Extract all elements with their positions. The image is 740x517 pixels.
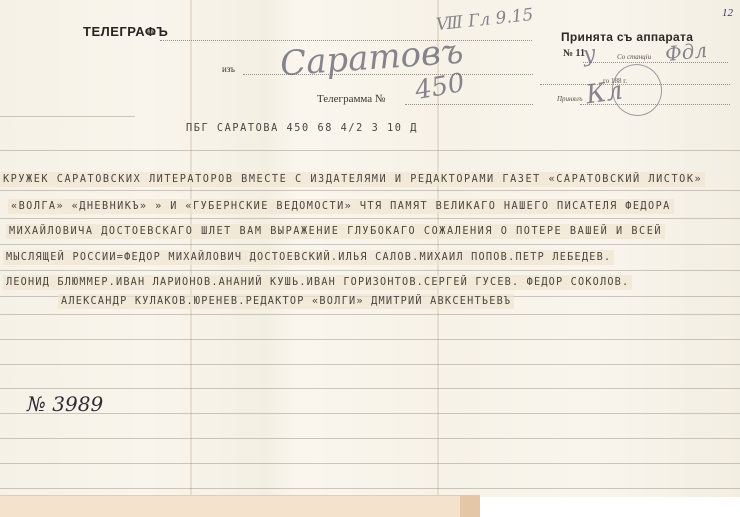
rule-line xyxy=(0,116,135,117)
handwritten-accepted-number: у xyxy=(581,41,597,68)
rule-line xyxy=(0,244,740,245)
rule-line xyxy=(0,150,740,151)
page-number: 12 xyxy=(722,7,733,19)
underlying-paper-edge xyxy=(460,495,480,517)
received-by-label: Принялъ xyxy=(557,95,582,103)
from-label: изъ xyxy=(222,64,235,74)
rule-line xyxy=(0,488,740,489)
rule-line xyxy=(0,364,740,365)
handwritten-station: Фдл xyxy=(664,38,708,66)
telegram-line-5: ЛЕОНИД БЛЮММЕР.ИВАН ЛАРИОНОВ.АНАНИЙ КУШЬ… xyxy=(3,275,632,290)
telegram-line-1: КРУЖЕК САРАТОВСКИХ ЛИТЕРАТОРОВ ВМЕСТЕ С … xyxy=(0,172,705,187)
archive-number: № 3989 xyxy=(27,392,103,416)
rule-line xyxy=(0,218,740,219)
underlying-paper xyxy=(0,495,480,517)
rule-line xyxy=(0,438,740,439)
telegram-sheet: ТЕЛЕГРАФЪ въ изъ Телеграмма № Принята съ… xyxy=(0,0,740,497)
telegram-header-line: ПБГ САРАТОВА 450 68 4/2 3 10 Д xyxy=(183,121,421,136)
telegram-no-label: Телеграмма № xyxy=(317,93,385,105)
telegram-line-3: МИХАЙЛОВИЧА ДОСТОЕВСКАГО ШЛЕТ ВАМ ВЫРАЖЕ… xyxy=(6,224,665,239)
fold-crease xyxy=(190,0,192,497)
rule-line xyxy=(0,339,740,340)
rule-line xyxy=(0,190,740,191)
rule-line xyxy=(0,388,740,389)
telegram-line-2: «ВОЛГА» «ДНЕВНИКЪ» » И «ГУБЕРНСКИЕ ВЕДОМ… xyxy=(8,199,674,214)
rule-line xyxy=(0,270,740,271)
station-line xyxy=(583,62,728,63)
rule-line xyxy=(0,413,740,414)
station-label: Со станціи xyxy=(617,53,651,61)
handwritten-top-note: Ⅷ Гл 9.15 xyxy=(435,5,534,35)
rule-line xyxy=(0,463,740,464)
rule-line xyxy=(0,314,740,315)
form-title-suffix: въ xyxy=(147,27,156,37)
telegram-line-6: АЛЕКСАНДР КУЛАКОВ.ЮРЕНЕВ.РЕДАКТОР «ВОЛГИ… xyxy=(58,294,514,309)
telegram-line-4: МЫСЛЯЩЕЙ РОССИИ=ФЕДОР МИХАЙЛОВИЧ ДОСТОЕВ… xyxy=(3,250,614,265)
handwritten-loop-mark xyxy=(606,58,668,121)
